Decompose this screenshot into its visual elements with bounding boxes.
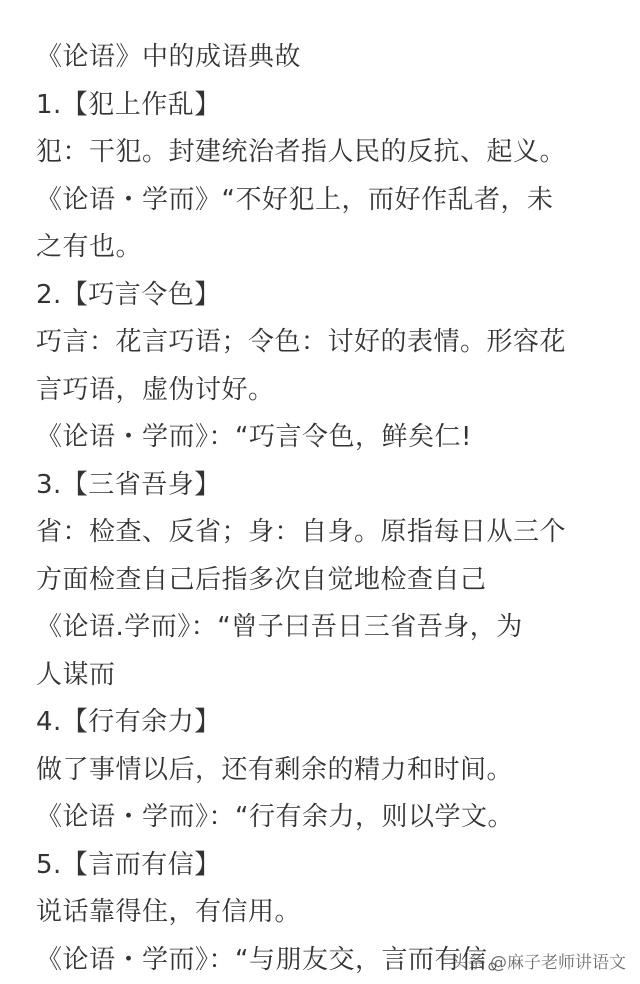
idiom-heading: 5.【言而有信】 — [36, 842, 620, 890]
document-title: 《论语》中的成语典故 — [36, 34, 620, 82]
idiom-line: 人谋而 — [36, 652, 620, 700]
idiom-item-2: 2.【巧言令色】 巧言：花言巧语；令色：讨好的表情。形容花 言巧语，虚伪讨好。 … — [36, 272, 620, 462]
idiom-line: 做了事情以后，还有剩余的精力和时间。 — [36, 747, 620, 795]
idiom-item-3: 3.【三省吾身】 省：检查、反省；身：自身。原指每日从三个 方面检查自己后指多次… — [36, 462, 620, 700]
idiom-line: 《论语・学而》：“巧言令色，鲜矣仁! — [36, 414, 620, 462]
idiom-item-1: 1.【犯上作乱】 犯：干犯。封建统治者指人民的反抗、起义。 《论语・学而》“不好… — [36, 82, 620, 272]
document-body: 《论语》中的成语典故 1.【犯上作乱】 犯：干犯。封建统治者指人民的反抗、起义。… — [36, 34, 620, 984]
idiom-line: 方面检查自己后指多次自觉地检查自己 — [36, 557, 620, 605]
idiom-line: 《论语・学而》“不好犯上，而好作乱者，未 — [36, 177, 620, 225]
watermark: 头条 @麻子老师讲语文 — [451, 948, 626, 973]
idiom-heading: 1.【犯上作乱】 — [36, 82, 620, 130]
idiom-line: 巧言：花言巧语；令色：讨好的表情。形容花 — [36, 319, 620, 367]
idiom-heading: 3.【三省吾身】 — [36, 462, 620, 510]
idiom-line: 说话靠得住，有信用。 — [36, 889, 620, 937]
idiom-line: 言巧语，虚伪讨好。 — [36, 367, 620, 415]
idiom-item-4: 4.【行有余力】 做了事情以后，还有剩余的精力和时间。 《论语・学而》：“行有余… — [36, 699, 620, 842]
idiom-heading: 2.【巧言令色】 — [36, 272, 620, 320]
idiom-heading: 4.【行有余力】 — [36, 699, 620, 747]
idiom-line: 《论语.学而》：“曾子曰吾日三省吾身，为 — [36, 604, 620, 652]
idiom-line: 之有也。 — [36, 224, 620, 272]
idiom-line: 省：检查、反省；身：自身。原指每日从三个 — [36, 509, 620, 557]
idiom-line: 《论语・学而》：“行有余力，则以学文。 — [36, 794, 620, 842]
idiom-line: 犯：干犯。封建统治者指人民的反抗、起义。 — [36, 129, 620, 177]
